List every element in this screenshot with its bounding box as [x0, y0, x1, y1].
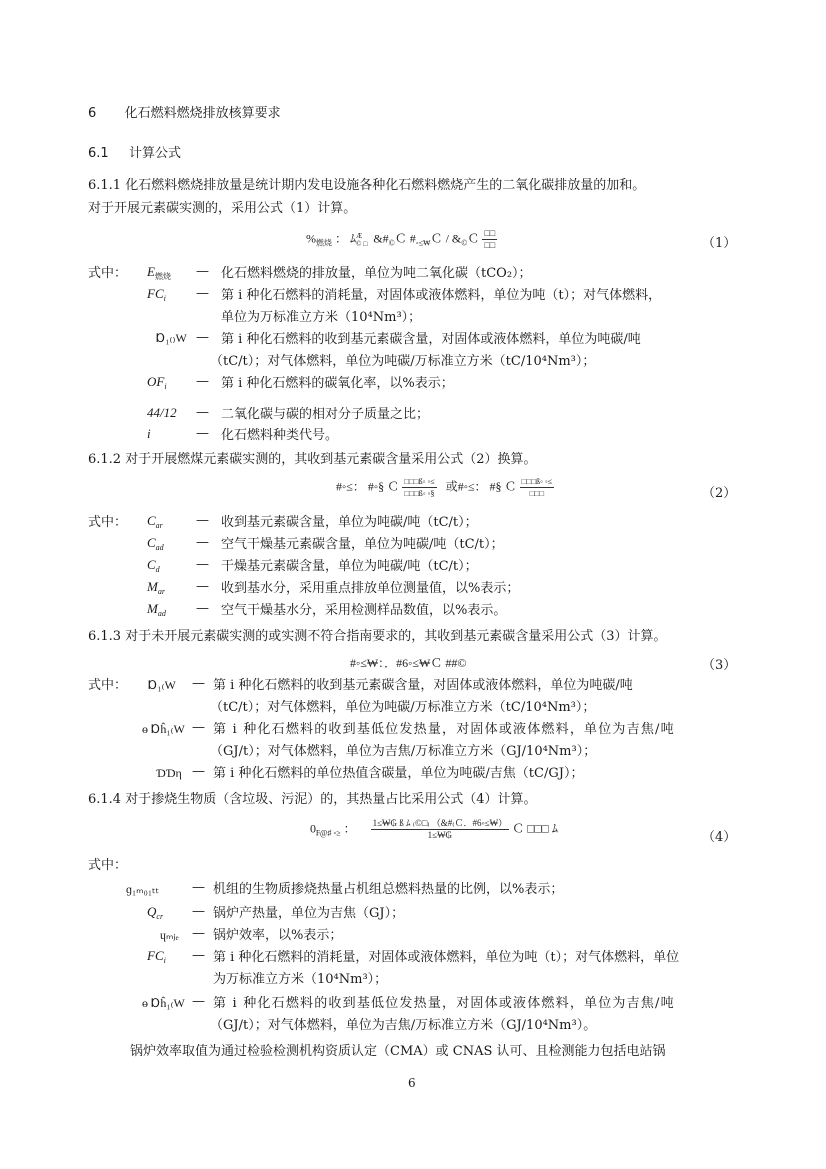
- symbol: OF: [147, 374, 164, 389]
- formula-2-tag: （2）: [702, 482, 736, 501]
- def-symbol-qcr: Qcr: [147, 904, 163, 921]
- times-icon: Ｃ: [395, 231, 407, 245]
- def-desc: 锅炉效率，以%表示；: [213, 926, 342, 946]
- formula-1-lhs-sub: 燃烧: [316, 238, 332, 247]
- dash: —: [192, 676, 205, 691]
- def-symbol-ncv: ɵ Ɒĥ₁₍W: [142, 996, 185, 1011]
- def-desc: 收到基元素碳含量，单位为吨碳/吨（tC/t）；: [221, 513, 478, 533]
- clause-6-1-4: 6.1.4 对于掺烧生物质（含垃圾、污泥）的，其热量占比采用公式（4）计算。: [88, 790, 537, 810]
- clause-text: 对于未开展元素碳实测的或实测不符合指南要求的，其收到基元素碳含量采用公式（3）计…: [125, 629, 666, 644]
- dash: —: [196, 601, 209, 616]
- subsection-title: 计算公式: [129, 146, 181, 161]
- def-desc: 化石燃料燃烧的排放量，单位为吨二氧化碳（tCO₂）；: [221, 264, 532, 284]
- def-desc: 第 i 种化石燃料的收到基元素碳含量，对固体或液体燃料，单位为吨碳/吨: [213, 676, 633, 696]
- formula-2-fraction-1: □□□ß◦ ◦≤□□□ß◦ ◦§: [402, 476, 437, 499]
- def-desc-cont: 单位为万标准立方米（10⁴Nm³）；: [221, 308, 421, 328]
- def-desc: 机组的生物质掺烧热量占机组总燃料热量的比例，以%表示；: [213, 880, 563, 900]
- def-desc: 第 i 种化石燃料的收到基低位发热量，对固体或液体燃料，单位为吉焦/吨: [213, 720, 675, 740]
- symbol: FC: [147, 948, 164, 963]
- def-symbol-fc: FCi: [147, 286, 166, 303]
- dash: —: [196, 535, 209, 550]
- def-desc-cont: 为万标准立方米（10⁴Nm³）；: [213, 970, 387, 990]
- dash: —: [192, 880, 205, 895]
- def-desc: 干燥基元素碳含量，单位为吨碳/吨（tC/t）；: [221, 557, 478, 577]
- def-desc: 第 i 种化石燃料的收到基元素碳含量，对固体或液体燃料，单位为吨碳/吨: [221, 330, 641, 350]
- times-icon: Ｃ: [467, 231, 479, 245]
- times-icon: Ｃ: [387, 479, 399, 493]
- symbol-sub: d: [156, 565, 160, 574]
- symbol: C: [147, 557, 156, 572]
- def-desc: 化石燃料种类代号。: [221, 426, 338, 446]
- symbol-sub: cr: [156, 912, 163, 921]
- def-desc: 第 i 种化石燃料的碳氧化率，以%表示；: [221, 374, 454, 394]
- symbol-sub: i: [164, 382, 166, 391]
- formula-1-of-sym: &: [452, 231, 461, 245]
- fraction-numerator: □□□ß◦ ◦≤: [520, 476, 555, 488]
- closing-paragraph: 锅炉效率取值为通过检验检测机构资质认定（CMA）或 CNAS 认可、且检测能力包…: [130, 1042, 666, 1062]
- formula-3: #◦≤₩：．#6◦≤₩Ｃ ##©: [350, 654, 466, 671]
- section-heading: 6 化石燃料燃烧排放核算要求: [88, 102, 281, 121]
- def-symbol-fc: FCi: [147, 948, 166, 965]
- fraction-denominator: 1≤₩₲: [371, 830, 509, 841]
- clause-number: 6.1.1: [88, 178, 121, 193]
- def-symbol-ncv: ɵ Ɒĥ₁₍W: [142, 722, 185, 737]
- def-symbol-mar: Mar: [147, 579, 165, 596]
- def-symbol-mad: Mad: [147, 601, 166, 618]
- def-symbol-e: E燃烧: [147, 264, 171, 282]
- where-label: 式中：: [88, 264, 127, 284]
- section-title: 化石燃料燃烧排放核算要求: [125, 106, 281, 121]
- symbol-sub: ad: [158, 609, 166, 618]
- clause-6-1-1-line2: 对于开展元素碳实测的，采用公式（1）计算。: [88, 199, 356, 219]
- formula-1-lhs: %: [306, 231, 316, 245]
- clause-6-1-2: 6.1.2 对于开展燃煤元素碳实测的，其收到基元素碳含量采用公式（2）换算。: [88, 450, 537, 470]
- symbol-sub: 燃烧: [155, 272, 171, 281]
- def-desc-cont: （GJ/t）；对气体燃料，单位为吉焦/万标准立方米（GJ/10⁴Nm³）；: [210, 742, 596, 762]
- where-label: 式中：: [88, 856, 127, 876]
- def-symbol-biomass-ratio: ɡ₁ₘ₀₁ₜₜ: [126, 882, 159, 897]
- clause-number: 6.1.3: [88, 629, 121, 644]
- clause-6-1-1-line1: 6.1.1 化石燃料燃烧排放量是统计期内发电设施各种化石燃料燃烧产生的二氧化碳排…: [88, 176, 645, 196]
- dash: —: [192, 926, 205, 941]
- dash: —: [192, 948, 205, 963]
- formula-2-cad: #◦§: [368, 479, 384, 493]
- sum-sup: Æ: [356, 232, 367, 240]
- symbol-sub: ar: [158, 587, 165, 596]
- formula-1-fraction: □□□□: [482, 228, 497, 251]
- dash: —: [196, 286, 209, 301]
- dash: —: [196, 513, 209, 528]
- clause-text: 化石燃料燃烧排放量是统计期内发电设施各种化石燃料燃烧产生的二氧化碳排放量的加和。: [125, 178, 645, 193]
- symbol: M: [147, 601, 158, 616]
- def-desc: 二氧化碳与碳的相对分子质量之比；: [221, 405, 429, 425]
- def-desc: 空气干燥基元素碳含量，单位为吨碳/吨（tC/t）；: [221, 535, 504, 555]
- formula-2-or: 或#◦≤：: [446, 479, 487, 493]
- formula-3-tag: （3）: [702, 654, 736, 673]
- dash: —: [196, 579, 209, 594]
- symbol-sub: ar: [156, 521, 163, 530]
- formula-2-lhs: #◦≤：: [336, 479, 365, 493]
- def-symbol-c: Ɒ₁₍₎W: [156, 331, 187, 346]
- formula-1-eq: ：: [335, 231, 347, 245]
- def-desc: 收到基水分，采用重点排放单位测量值，以%表示；: [221, 579, 519, 599]
- symbol-sub: i: [164, 956, 166, 965]
- formula-1-c-sub: ◦≤₩: [416, 238, 431, 247]
- subsection-heading: 6.1 计算公式: [88, 142, 181, 161]
- formula-4: 0₣@♯ ◦≥ ： 1≤₩₲ ß ﾑ ₍©□₎ （&#₍Ｃ．#6◦≤₩）1≤₩₲…: [310, 818, 558, 841]
- times-icon: Ｃ: [512, 821, 524, 835]
- dash: —: [192, 764, 205, 779]
- symbol: FC: [147, 286, 164, 301]
- sum-sub: © □: [356, 240, 367, 248]
- fraction-denominator: □□□ß◦ ◦§: [402, 488, 437, 499]
- def-desc-cont: （tC/t）；对气体燃料，单位为吨碳/万标准立方米（tC/10⁴Nm³）；: [210, 698, 595, 718]
- def-symbol-car: Car: [147, 513, 163, 530]
- times-icon: Ｃ: [431, 231, 443, 245]
- formula-1-fc: &#: [373, 231, 388, 245]
- formula-4-tag: （4）: [702, 826, 736, 845]
- fraction-numerator: □□□ß◦ ◦≤: [402, 476, 437, 488]
- symbol-sub: i: [164, 294, 166, 303]
- dash: —: [192, 994, 205, 1009]
- def-symbol-cad: Cad: [147, 535, 164, 552]
- clause-number: 6.1.4: [88, 792, 121, 807]
- def-desc: 空气干燥基水分，采用检测样品数值，以%表示。: [221, 601, 506, 621]
- dash: —: [196, 557, 209, 572]
- def-symbol-car-i: Ɒ₁₍W: [148, 678, 176, 693]
- where-label: 式中：: [88, 676, 127, 696]
- def-desc: 第 i 种化石燃料的收到基低位发热量，对固体或液体燃料，单位为吉焦/吨: [213, 994, 675, 1014]
- def-desc: 第 i 种化石燃料的消耗量，对固体或液体燃料，单位为吨（t）；对气体燃料，单位: [213, 948, 679, 968]
- fraction-numerator: □□: [482, 228, 497, 240]
- def-desc: 第 i 种化石燃料的消耗量，对固体或液体燃料，单位为吨（t）；对气体燃料，: [221, 286, 661, 306]
- fraction-denominator: □□□: [520, 488, 555, 499]
- formula-4-lhs-sub: ₣@♯ ◦≥: [316, 828, 341, 837]
- formula-1: %燃烧 ： ﾑÆ© □ &#©Ｃ #◦≤₩Ｃ / &©Ｃ □□□□: [306, 228, 497, 251]
- fraction-numerator: 1≤₩₲ ß ﾑ ₍©□₎ （&#₍Ｃ．#6◦≤₩）: [371, 818, 509, 830]
- dash: —: [196, 264, 209, 279]
- clause-text: 对于掺烧生物质（含垃圾、污泥）的，其热量占比采用公式（4）计算。: [125, 792, 536, 807]
- clause-6-1-3: 6.1.3 对于未开展元素碳实测的或实测不符合指南要求的，其收到基元素碳含量采用…: [88, 627, 667, 647]
- symbol: Q: [147, 904, 156, 919]
- dash: —: [192, 720, 205, 735]
- dash: —: [196, 426, 209, 441]
- def-desc-cont: （tC/t）；对气体燃料，单位为吨碳/万标准立方米（tC/10⁴Nm³）；: [210, 352, 595, 372]
- formula-2-cd: #§: [490, 479, 502, 493]
- def-symbol-cc: ƊƊη: [156, 766, 182, 781]
- def-desc: 锅炉产热量，单位为吉焦（GJ）；: [213, 904, 404, 924]
- def-symbol-i: i: [147, 426, 151, 442]
- def-desc: 第 i 种化石燃料的单位热值含碳量，单位为吨碳/吉焦（tC/GJ）；: [213, 764, 583, 784]
- def-symbol-ratio: 44/12: [147, 405, 177, 421]
- formula-2-fraction-2: □□□ß◦ ◦≤□□□: [520, 476, 555, 499]
- def-symbol-cd: Cd: [147, 557, 160, 574]
- dash: —: [196, 374, 209, 389]
- fraction-denominator: □□: [482, 240, 497, 251]
- formula-4-tail: □□□ ﾑ: [527, 821, 558, 835]
- formula-1-tag: （1）: [702, 232, 736, 251]
- where-label: 式中：: [88, 513, 127, 533]
- def-desc-cont: （GJ/t）；对气体燃料，单位为吉焦/万标准立方米（GJ/10⁴Nm³）。: [210, 1016, 596, 1036]
- page-number: 6: [408, 1076, 416, 1090]
- section-number: 6: [88, 106, 96, 121]
- formula-2: #◦≤： #◦§ Ｃ □□□ß◦ ◦≤□□□ß◦ ◦§ 或#◦≤： #§ Ｃ □…: [336, 476, 554, 499]
- symbol: C: [147, 513, 156, 528]
- dash: —: [196, 405, 209, 420]
- clause-text: 对于开展燃煤元素碳实测的，其收到基元素碳含量采用公式（2）换算。: [125, 452, 536, 467]
- dash: —: [196, 330, 209, 345]
- subsection-number: 6.1: [88, 146, 109, 161]
- clause-number: 6.1.2: [88, 452, 121, 467]
- formula-4-fraction: 1≤₩₲ ß ﾑ ₍©□₎ （&#₍Ｃ．#6◦≤₩）1≤₩₲: [371, 818, 509, 841]
- symbol: E: [147, 264, 155, 279]
- formula-4-eq: ：: [344, 821, 356, 835]
- def-symbol-of: OFi: [147, 374, 167, 391]
- formula-1-of: /: [446, 231, 449, 245]
- times-icon: Ｃ: [505, 479, 517, 493]
- def-symbol-eta: ɥₘⱼₑ: [160, 928, 179, 943]
- symbol-sub: ad: [156, 543, 164, 552]
- symbol: C: [147, 535, 156, 550]
- symbol: M: [147, 579, 158, 594]
- dash: —: [192, 904, 205, 919]
